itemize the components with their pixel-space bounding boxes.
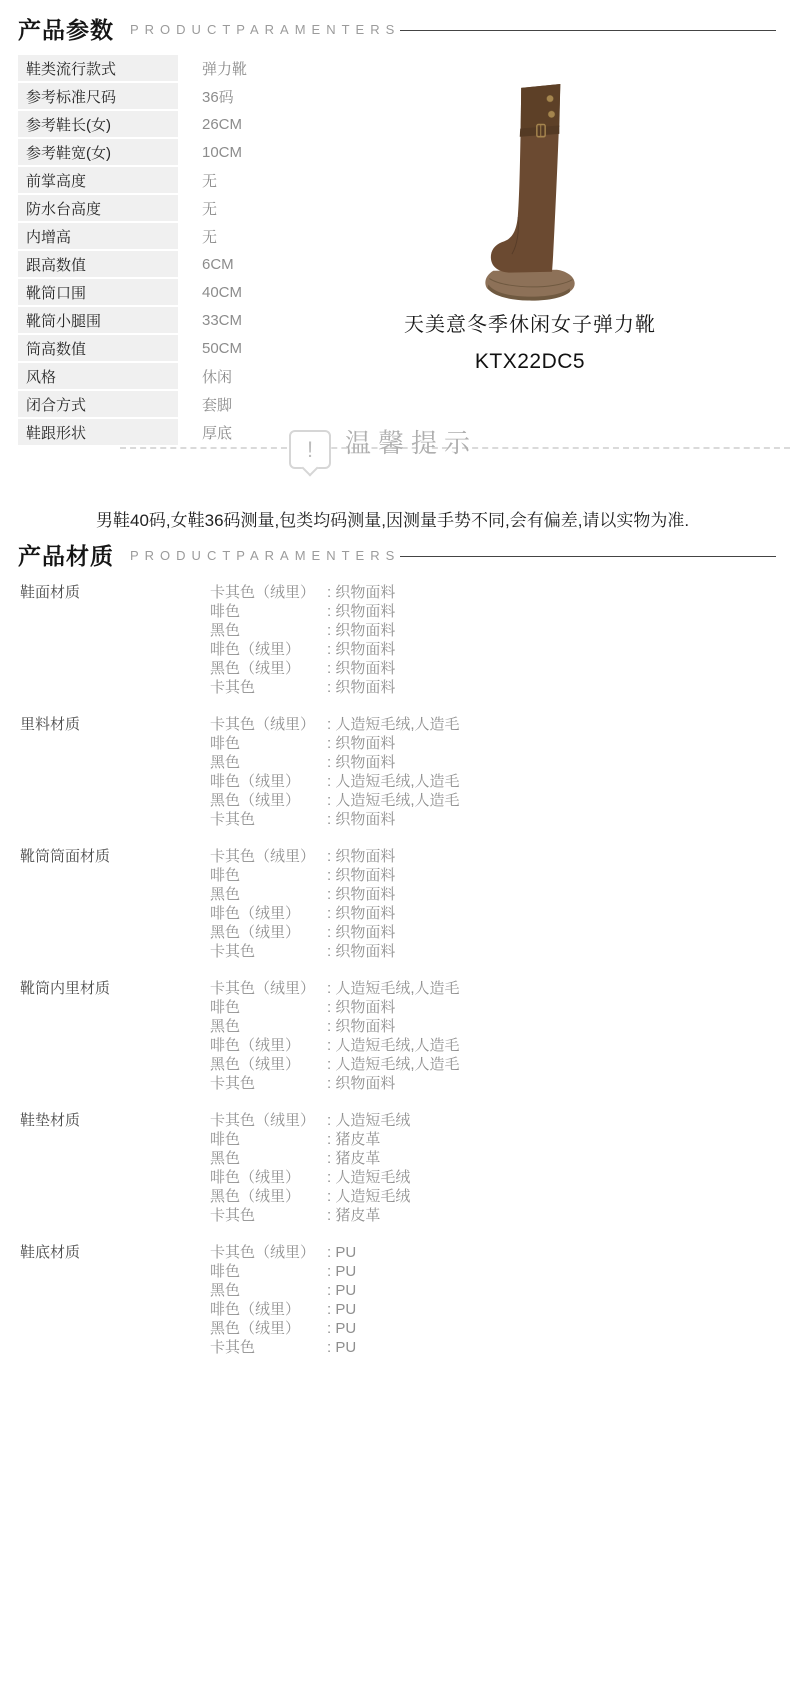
- param-label: 筒高数值: [18, 335, 178, 361]
- product-model-code: KTX22DC5: [375, 350, 685, 374]
- material-line: 卡其色（绒里）人造短毛绒,人造毛: [210, 715, 460, 734]
- material-color-variant: 卡其色: [210, 810, 327, 829]
- material-value: 人造短毛绒,人造毛: [327, 979, 460, 998]
- material-line: 黑色织物面料: [210, 1017, 460, 1036]
- material-color-variant: 黑色: [210, 1149, 327, 1168]
- material-value: 织物面料: [327, 583, 395, 602]
- material-color-variant: 啡色: [210, 734, 327, 753]
- param-value: 套脚: [202, 394, 232, 415]
- material-line: 黑色（绒里）人造短毛绒,人造毛: [210, 791, 460, 810]
- param-value: 33CM: [202, 312, 242, 329]
- param-value: 26CM: [202, 116, 242, 133]
- param-value: 厚底: [202, 422, 232, 443]
- material-line: 黑色织物面料: [210, 621, 395, 640]
- material-color-variant: 啡色（绒里）: [210, 1036, 327, 1055]
- material-color-variant: 卡其色: [210, 1206, 327, 1225]
- material-value: 猪皮革: [327, 1149, 380, 1168]
- param-row: 防水台高度无: [18, 195, 370, 221]
- material-value: 织物面料: [327, 659, 395, 678]
- material-color-variant: 黑色（绒里）: [210, 659, 327, 678]
- material-line: 啡色织物面料: [210, 602, 395, 621]
- material-value: PU: [327, 1281, 356, 1300]
- material-color-variant: 啡色: [210, 866, 327, 885]
- materials-section-subtitle: PRODUCTPARAMENTERS: [130, 548, 400, 563]
- material-value: 人造短毛绒,人造毛: [327, 1036, 460, 1055]
- material-line: 卡其色织物面料: [210, 678, 395, 697]
- material-value: 织物面料: [327, 602, 395, 621]
- material-line: 卡其色PU: [210, 1338, 356, 1357]
- material-group: 靴筒内里材质卡其色（绒里）人造短毛绒,人造毛啡色织物面料黑色织物面料啡色（绒里）…: [20, 979, 780, 1093]
- param-row: 筒高数值50CM: [18, 335, 370, 361]
- materials-section-header: 产品材质 PRODUCTPARAMENTERS: [18, 538, 776, 571]
- material-group-label: 鞋面材质: [20, 583, 210, 697]
- param-value: 无: [202, 226, 217, 247]
- material-value: 织物面料: [327, 734, 395, 753]
- material-line: 卡其色（绒里）织物面料: [210, 583, 395, 602]
- material-lines: 卡其色（绒里）人造短毛绒,人造毛啡色织物面料黑色织物面料啡色（绒里）人造短毛绒,…: [210, 979, 460, 1093]
- param-value: 无: [202, 198, 217, 219]
- material-lines: 卡其色（绒里）织物面料啡色织物面料黑色织物面料啡色（绒里）织物面料黑色（绒里）织…: [210, 847, 395, 961]
- material-color-variant: 啡色: [210, 998, 327, 1017]
- param-row: 参考鞋宽(女)10CM: [18, 139, 370, 165]
- material-line: 卡其色织物面料: [210, 810, 460, 829]
- material-color-variant: 黑色: [210, 1017, 327, 1036]
- material-line: 啡色（绒里）织物面料: [210, 640, 395, 659]
- product-name: 天美意冬季休闲女子弹力靴: [375, 308, 685, 337]
- material-color-variant: 卡其色（绒里）: [210, 979, 327, 998]
- material-value: 织物面料: [327, 678, 395, 697]
- param-row: 鞋类流行款式弹力靴: [18, 55, 370, 81]
- material-group-label: 靴筒内里材质: [20, 979, 210, 1093]
- material-line: 啡色（绒里）人造短毛绒,人造毛: [210, 1036, 460, 1055]
- tips-text: 男鞋40码,女鞋36码测量,包类均码测量,因测量手势不同,会有偏差,请以实物为准…: [96, 506, 689, 531]
- material-value: 织物面料: [327, 942, 395, 961]
- material-value: 人造短毛绒: [327, 1111, 410, 1130]
- material-value: 织物面料: [327, 621, 395, 640]
- param-value: 10CM: [202, 144, 242, 161]
- param-label: 鞋类流行款式: [18, 55, 178, 81]
- material-value: PU: [327, 1338, 356, 1357]
- boot-cuff-shape: [521, 84, 561, 130]
- param-value: 40CM: [202, 284, 242, 301]
- material-value: 织物面料: [327, 866, 395, 885]
- material-color-variant: 啡色（绒里）: [210, 904, 327, 923]
- params-section-title: 产品参数: [18, 12, 114, 45]
- material-color-variant: 啡色（绒里）: [210, 640, 327, 659]
- material-color-variant: 卡其色（绒里）: [210, 583, 327, 602]
- params-section-header: 产品参数 PRODUCTPARAMENTERS: [18, 12, 776, 45]
- material-line: 卡其色（绒里）人造短毛绒,人造毛: [210, 979, 460, 998]
- material-group: 鞋垫材质卡其色（绒里）人造短毛绒啡色猪皮革黑色猪皮革啡色（绒里）人造短毛绒黑色（…: [20, 1111, 780, 1225]
- product-showcase: 天美意冬季休闲女子弹力靴 KTX22DC5: [375, 82, 685, 374]
- material-value: 人造短毛绒,人造毛: [327, 715, 460, 734]
- material-line: 啡色织物面料: [210, 734, 460, 753]
- material-value: 织物面料: [327, 810, 395, 829]
- param-row: 参考标准尺码36码: [18, 83, 370, 109]
- material-color-variant: 卡其色: [210, 942, 327, 961]
- material-line: 啡色织物面料: [210, 866, 395, 885]
- material-line: 黑色（绒里）PU: [210, 1319, 356, 1338]
- param-label: 前掌高度: [18, 167, 178, 193]
- param-row: 靴筒小腿围33CM: [18, 307, 370, 333]
- material-value: PU: [327, 1300, 356, 1319]
- param-row: 靴筒口围40CM: [18, 279, 370, 305]
- material-line: 卡其色（绒里）PU: [210, 1243, 356, 1262]
- material-color-variant: 啡色: [210, 1130, 327, 1149]
- material-color-variant: 啡色: [210, 602, 327, 621]
- material-color-variant: 卡其色: [210, 678, 327, 697]
- material-group-label: 里料材质: [20, 715, 210, 829]
- material-line: 黑色（绒里）人造短毛绒: [210, 1187, 410, 1206]
- material-lines: 卡其色（绒里）人造短毛绒,人造毛啡色织物面料黑色织物面料啡色（绒里）人造短毛绒,…: [210, 715, 460, 829]
- material-line: 啡色PU: [210, 1262, 356, 1281]
- material-value: PU: [327, 1243, 356, 1262]
- material-color-variant: 卡其色: [210, 1074, 327, 1093]
- material-group: 鞋面材质卡其色（绒里）织物面料啡色织物面料黑色织物面料啡色（绒里）织物面料黑色（…: [20, 583, 780, 697]
- material-line: 黑色（绒里）织物面料: [210, 923, 395, 942]
- material-line: 啡色织物面料: [210, 998, 460, 1017]
- material-line: 卡其色织物面料: [210, 942, 395, 961]
- material-lines: 卡其色（绒里）PU啡色PU黑色PU啡色（绒里）PU黑色（绒里）PU卡其色PU: [210, 1243, 356, 1357]
- material-line: 黑色织物面料: [210, 753, 460, 772]
- header-rule-line: [400, 30, 776, 31]
- material-color-variant: 黑色: [210, 885, 327, 904]
- material-line: 黑色猪皮革: [210, 1149, 410, 1168]
- material-value: 人造短毛绒,人造毛: [327, 791, 460, 810]
- material-value: 人造短毛绒: [327, 1187, 410, 1206]
- param-label: 防水台高度: [18, 195, 178, 221]
- material-value: 人造短毛绒,人造毛: [327, 772, 460, 791]
- param-label: 参考鞋长(女): [18, 111, 178, 137]
- material-lines: 卡其色（绒里）人造短毛绒啡色猪皮革黑色猪皮革啡色（绒里）人造短毛绒黑色（绒里）人…: [210, 1111, 410, 1225]
- material-value: 人造短毛绒: [327, 1168, 410, 1187]
- material-color-variant: 啡色（绒里）: [210, 1300, 327, 1319]
- header-rule-line: [400, 556, 776, 557]
- param-label: 参考标准尺码: [18, 83, 178, 109]
- material-color-variant: 卡其色（绒里）: [210, 1111, 327, 1130]
- tips-header: ! 温馨提示: [289, 423, 477, 469]
- material-color-variant: 啡色: [210, 1262, 327, 1281]
- material-group-label: 靴筒筒面材质: [20, 847, 210, 961]
- material-line: 卡其色织物面料: [210, 1074, 460, 1093]
- material-color-variant: 啡色（绒里）: [210, 1168, 327, 1187]
- material-value: 猪皮革: [327, 1130, 380, 1149]
- param-row: 跟高数值6CM: [18, 251, 370, 277]
- material-line: 卡其色猪皮革: [210, 1206, 410, 1225]
- material-value: 织物面料: [327, 847, 395, 866]
- product-photo-boot: [477, 82, 583, 302]
- material-line: 黑色PU: [210, 1281, 356, 1300]
- material-lines: 卡其色（绒里）织物面料啡色织物面料黑色织物面料啡色（绒里）织物面料黑色（绒里）织…: [210, 583, 395, 697]
- material-value: 织物面料: [327, 904, 395, 923]
- material-color-variant: 黑色（绒里）: [210, 791, 327, 810]
- param-label: 风格: [18, 363, 178, 389]
- material-value: 织物面料: [327, 1017, 395, 1036]
- param-label: 参考鞋宽(女): [18, 139, 178, 165]
- exclamation-bubble-icon: !: [289, 430, 331, 469]
- material-list: 鞋面材质卡其色（绒里）织物面料啡色织物面料黑色织物面料啡色（绒里）织物面料黑色（…: [20, 583, 780, 1375]
- material-value: 猪皮革: [327, 1206, 380, 1225]
- material-group: 靴筒筒面材质卡其色（绒里）织物面料啡色织物面料黑色织物面料啡色（绒里）织物面料黑…: [20, 847, 780, 961]
- material-color-variant: 啡色（绒里）: [210, 772, 327, 791]
- material-line: 啡色（绒里）人造短毛绒: [210, 1168, 410, 1187]
- param-row: 参考鞋长(女)26CM: [18, 111, 370, 137]
- material-color-variant: 黑色: [210, 1281, 327, 1300]
- params-section-subtitle: PRODUCTPARAMENTERS: [130, 22, 400, 37]
- material-value: 织物面料: [327, 753, 395, 772]
- param-row: 风格休闲: [18, 363, 370, 389]
- material-line: 黑色织物面料: [210, 885, 395, 904]
- param-row: 内增高无: [18, 223, 370, 249]
- tips-title: 温馨提示: [345, 423, 477, 460]
- material-color-variant: 黑色: [210, 753, 327, 772]
- param-label: 闭合方式: [18, 391, 178, 417]
- material-group-label: 鞋底材质: [20, 1243, 210, 1357]
- param-label: 跟高数值: [18, 251, 178, 277]
- material-value: 织物面料: [327, 1074, 395, 1093]
- product-detail-page: 产品参数 PRODUCTPARAMENTERS 鞋类流行款式弹力靴参考标准尺码3…: [0, 0, 790, 1690]
- param-value: 50CM: [202, 340, 242, 357]
- material-line: 啡色（绒里）织物面料: [210, 904, 395, 923]
- param-table: 鞋类流行款式弹力靴参考标准尺码36码参考鞋长(女)26CM参考鞋宽(女)10CM…: [18, 55, 370, 447]
- material-group: 鞋底材质卡其色（绒里）PU啡色PU黑色PU啡色（绒里）PU黑色（绒里）PU卡其色…: [20, 1243, 780, 1357]
- param-row: 前掌高度无: [18, 167, 370, 193]
- materials-section-title: 产品材质: [18, 538, 114, 571]
- param-value: 36码: [202, 86, 234, 107]
- material-value: 织物面料: [327, 640, 395, 659]
- material-line: 卡其色（绒里）人造短毛绒: [210, 1111, 410, 1130]
- material-value: PU: [327, 1319, 356, 1338]
- material-value: 织物面料: [327, 885, 395, 904]
- material-color-variant: 卡其色（绒里）: [210, 847, 327, 866]
- material-color-variant: 卡其色（绒里）: [210, 715, 327, 734]
- material-value: 人造短毛绒,人造毛: [327, 1055, 460, 1074]
- param-label: 靴筒小腿围: [18, 307, 178, 333]
- material-line: 啡色（绒里）PU: [210, 1300, 356, 1319]
- material-color-variant: 卡其色（绒里）: [210, 1243, 327, 1262]
- param-value: 6CM: [202, 256, 234, 273]
- material-color-variant: 黑色（绒里）: [210, 923, 327, 942]
- material-line: 黑色（绒里）人造短毛绒,人造毛: [210, 1055, 460, 1074]
- material-line: 啡色（绒里）人造短毛绒,人造毛: [210, 772, 460, 791]
- material-color-variant: 黑色（绒里）: [210, 1319, 327, 1338]
- material-value: 织物面料: [327, 998, 395, 1017]
- material-line: 黑色（绒里）织物面料: [210, 659, 395, 678]
- param-value: 弹力靴: [202, 58, 247, 79]
- material-group: 里料材质卡其色（绒里）人造短毛绒,人造毛啡色织物面料黑色织物面料啡色（绒里）人造…: [20, 715, 780, 829]
- material-value: PU: [327, 1262, 356, 1281]
- param-label: 内增高: [18, 223, 178, 249]
- param-value: 无: [202, 170, 217, 191]
- material-group-label: 鞋垫材质: [20, 1111, 210, 1225]
- param-label: 靴筒口围: [18, 279, 178, 305]
- param-label: 鞋跟形状: [18, 419, 178, 445]
- material-line: 啡色猪皮革: [210, 1130, 410, 1149]
- boot-stud-top: [547, 95, 554, 102]
- material-value: 织物面料: [327, 923, 395, 942]
- material-color-variant: 黑色: [210, 621, 327, 640]
- boot-stud-bottom: [548, 111, 555, 118]
- material-color-variant: 黑色（绒里）: [210, 1187, 327, 1206]
- material-line: 卡其色（绒里）织物面料: [210, 847, 395, 866]
- param-row: 闭合方式套脚: [18, 391, 370, 417]
- material-color-variant: 黑色（绒里）: [210, 1055, 327, 1074]
- material-color-variant: 卡其色: [210, 1338, 327, 1357]
- param-value: 休闲: [202, 366, 232, 387]
